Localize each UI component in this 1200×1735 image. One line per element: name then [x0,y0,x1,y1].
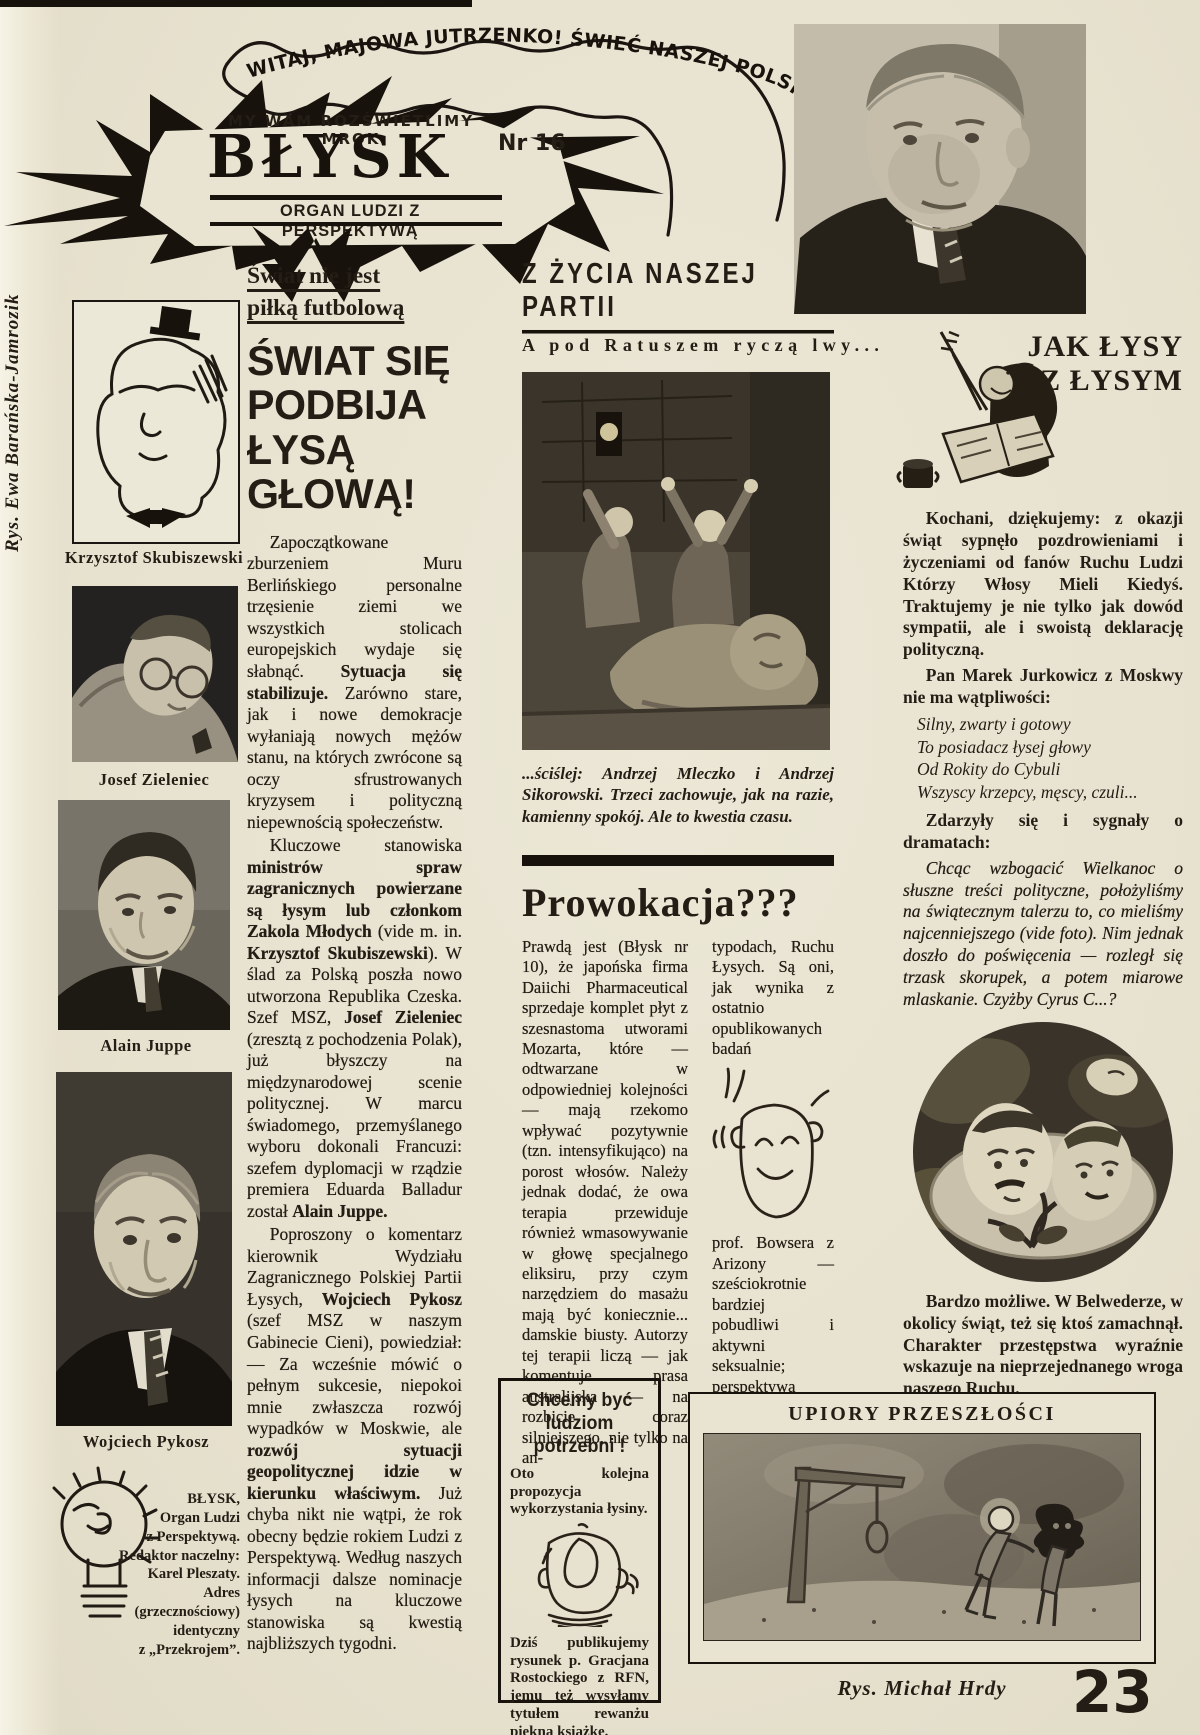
masthead-issue-number: Nr 16 [498,131,566,156]
party-section-subhead: A pod Ratuszem ryczą lwy... [522,335,834,356]
world-article-headline: ŚWIAT SIĘ PODBIJA ŁYSĄ GŁOWĄ! [247,339,458,517]
letters-paragraph: Zdarzyły się i sygnały o dramatach: [903,810,1183,854]
page-number: 23 [1072,1658,1153,1726]
world-article-paragraph: Kluczowe stanowiska ministrów spraw zagr… [247,835,462,1222]
provocation-right-top-text: typodach, Ruchu Łysych. Są oni, jak wyni… [712,937,834,1058]
skubiszewski-caricature-frame [72,300,240,544]
ghosts-box: UPIORY PRZESZŁOŚCI [688,1392,1156,1664]
letters-section: JAK ŁYSY Z ŁYSYM Kochani, dziękujemy: z … [903,328,1183,1430]
appeal-box-title: Chcemy być ludziom potrzebni ! [516,1389,644,1458]
letters-paragraph: Kochani, dziękujemy: z okazji świąt sypn… [903,508,1183,661]
section-divider-bar [522,855,834,866]
lions-photo [522,372,830,750]
provocation-title: Prowokacja??? [522,879,834,926]
world-article-kicker: Świat nie jest piłką futbolową [247,260,462,325]
appeal-box-intro: Oto kolejna propozycja wykorzystania łys… [510,1466,649,1519]
ghosts-box-title: UPIORY PRZESZŁOŚCI [690,1403,1154,1426]
skubiszewski-caricature [74,302,233,537]
appeal-box-outro: Dziś publikujemy rysunek p. Gracjana Ros… [510,1635,649,1735]
world-article: Świat nie jest piłką futbolową ŚWIAT SIĘ… [247,260,462,1657]
newspaper-page: WITAJ, MAJOWA JUTRZENKO! ŚWIEĆ NASZEJ PO… [0,0,1200,1735]
bald-head-cartoon [712,1061,834,1231]
portrait-caption: Wojciech Pykosz [48,1432,244,1452]
zieleniec-photo [72,586,238,762]
portrait-caption: Krzysztof Skubiszewski [58,548,250,568]
portrait-caption: Alain Juppe [50,1036,242,1056]
pykosz-photo [56,1072,232,1426]
easter-eggs-photo [912,1021,1174,1283]
letters-verse: Silny, zwarty i gotowy To posiadacz łyse… [917,713,1183,804]
lions-photo-caption: ...ściślej: Andrzej Mleczko i Andrzej Si… [522,763,834,827]
portrait-caption: Josef Zieleniec [58,770,250,790]
letters-letter-quote: Chcąc wzbogacić Wielkanoc o słuszne treś… [903,858,1183,1011]
world-article-paragraph: Poproszony o komentarz kierownik Wydział… [247,1224,462,1654]
scribe-cartoon [895,314,1067,504]
imprint-box: BŁYSK, Organ Ludzi z Perspektywą. Redakt… [112,1490,240,1660]
masthead-title: BŁYSK [207,122,507,191]
masthead-rule-top [210,195,502,200]
artist-credit-vertical: Rys. Ewa Barańska-Jamrozik [2,272,24,552]
letters-paragraph: Pan Marek Jurkowicz z Moskwy nie ma wątp… [903,665,1183,709]
appeal-box: Chcemy być ludziom potrzebni ! Oto kolej… [498,1378,661,1703]
world-article-body: Zapoczątkowane zburzeniem Muru Berliński… [247,532,462,1655]
walesa-portrait-photo [794,24,1086,314]
juppe-photo [58,800,230,1030]
world-article-paragraph: Zapoczątkowane zburzeniem Muru Berliński… [247,532,462,833]
bald-head-polish-cartoon [519,1523,641,1627]
gallows-cartoon [703,1433,1141,1641]
letters-paragraph: Bardzo możliwe. W Belwederze, w okolicy … [903,1291,1183,1400]
party-section-header: Z ŻYCIA NASZEJ PARTII [522,258,834,334]
